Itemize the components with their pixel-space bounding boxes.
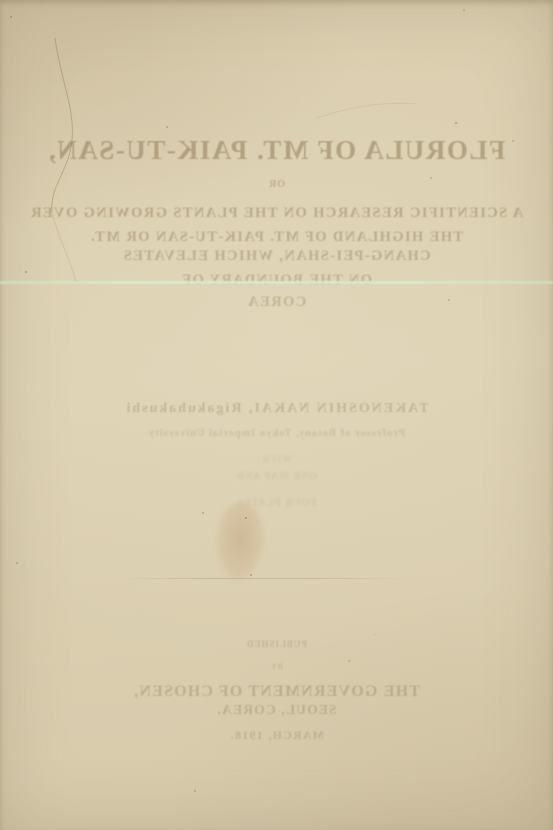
foxing-speck — [463, 9, 465, 11]
horizontal-crease-line — [120, 578, 410, 579]
foxing-speck — [166, 126, 168, 128]
foxing-speck — [540, 30, 541, 31]
foxing-speck — [202, 512, 204, 514]
foxing-speck — [257, 521, 258, 522]
foxing-speck — [375, 634, 376, 635]
foxing-speck — [194, 790, 196, 792]
foxing-speck — [250, 574, 252, 576]
foxing-speck — [10, 16, 12, 18]
foxing-speck — [430, 177, 432, 179]
paper-crease-line — [0, 0, 553, 830]
scanned-page: FLORULA OF MT. PAIK-TU-SAN, OR A SCIENTI… — [0, 0, 553, 830]
foxing-speck — [348, 660, 350, 662]
foxing-speck — [455, 122, 457, 124]
foxing-speck — [512, 140, 514, 142]
foxing-speck — [16, 562, 18, 564]
foxing-speck — [25, 271, 27, 273]
foxing-speck — [245, 517, 247, 519]
foxing-speck — [448, 299, 450, 301]
